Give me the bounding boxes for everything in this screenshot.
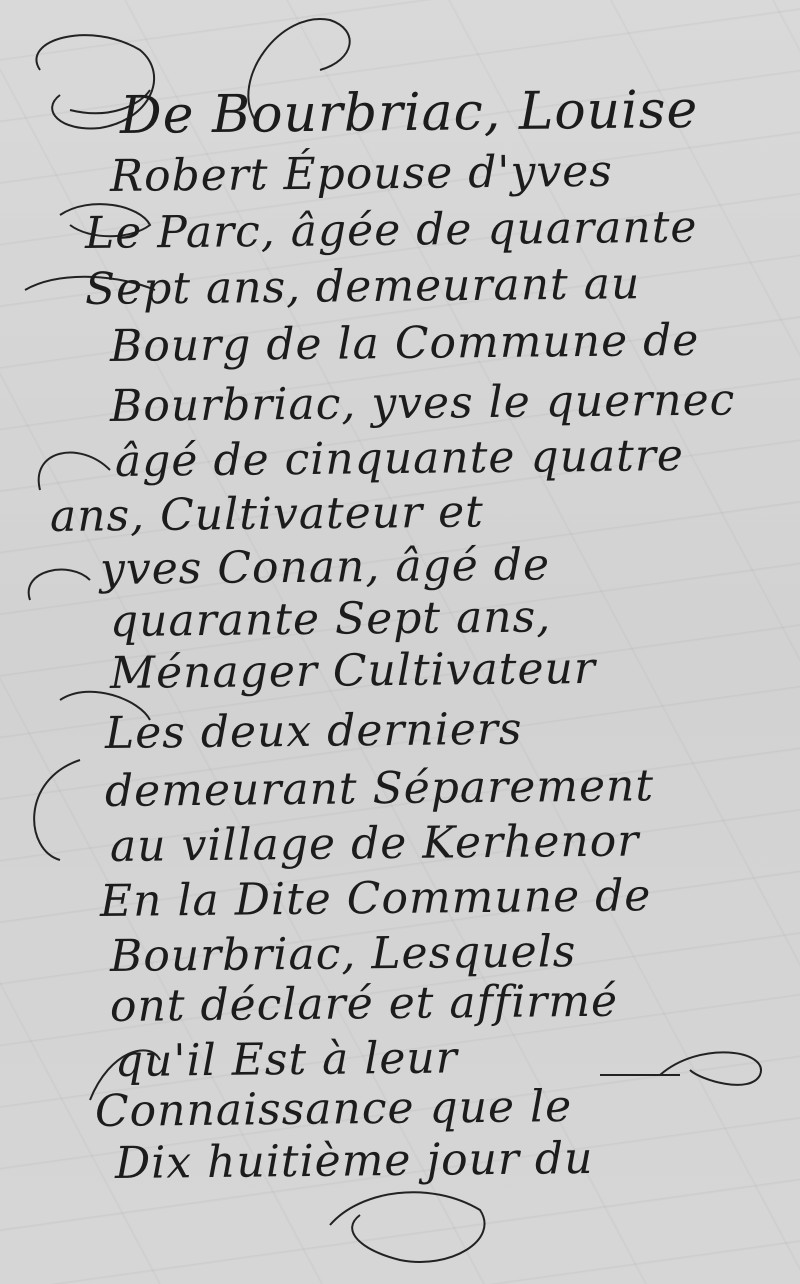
manuscript-line: qu'il Est à leur [115,1036,458,1084]
manuscript-line: yves Conan, âgé de [100,543,550,592]
manuscript-line: De Bourbriac, Louise [120,84,699,142]
manuscript-line: Robert Épouse d'yves [110,150,613,199]
manuscript-line: quarante Sept ans, [110,595,552,644]
manuscript-page: De Bourbriac, Louise Robert Épouse d'yve… [0,0,800,1284]
manuscript-line: ans, Cultivateur et [50,490,484,539]
manuscript-line: Bourbriac, yves le quernec [110,378,736,429]
manuscript-line: Sept ans, demeurant au [85,262,641,312]
manuscript-line: Bourbriac, Lesquels [110,930,577,979]
manuscript-line: Les deux derniers [105,708,523,756]
manuscript-line: demeurant Séparement [105,764,654,814]
manuscript-line: En la Dite Commune de [100,874,652,924]
manuscript-line: ont déclaré et affirmé [110,980,619,1029]
manuscript-line: au village de Kerhenor [110,819,640,869]
manuscript-line: Dix huitième jour du [115,1137,594,1186]
manuscript-line: âgé de cinquante quatre [115,434,684,484]
manuscript-line: Le Parc, âgée de quarante [85,206,698,256]
manuscript-line: Bourg de la Commune de [110,319,700,369]
manuscript-line: Connaissance que le [95,1085,573,1134]
manuscript-line: Ménager Cultivateur [110,647,596,696]
